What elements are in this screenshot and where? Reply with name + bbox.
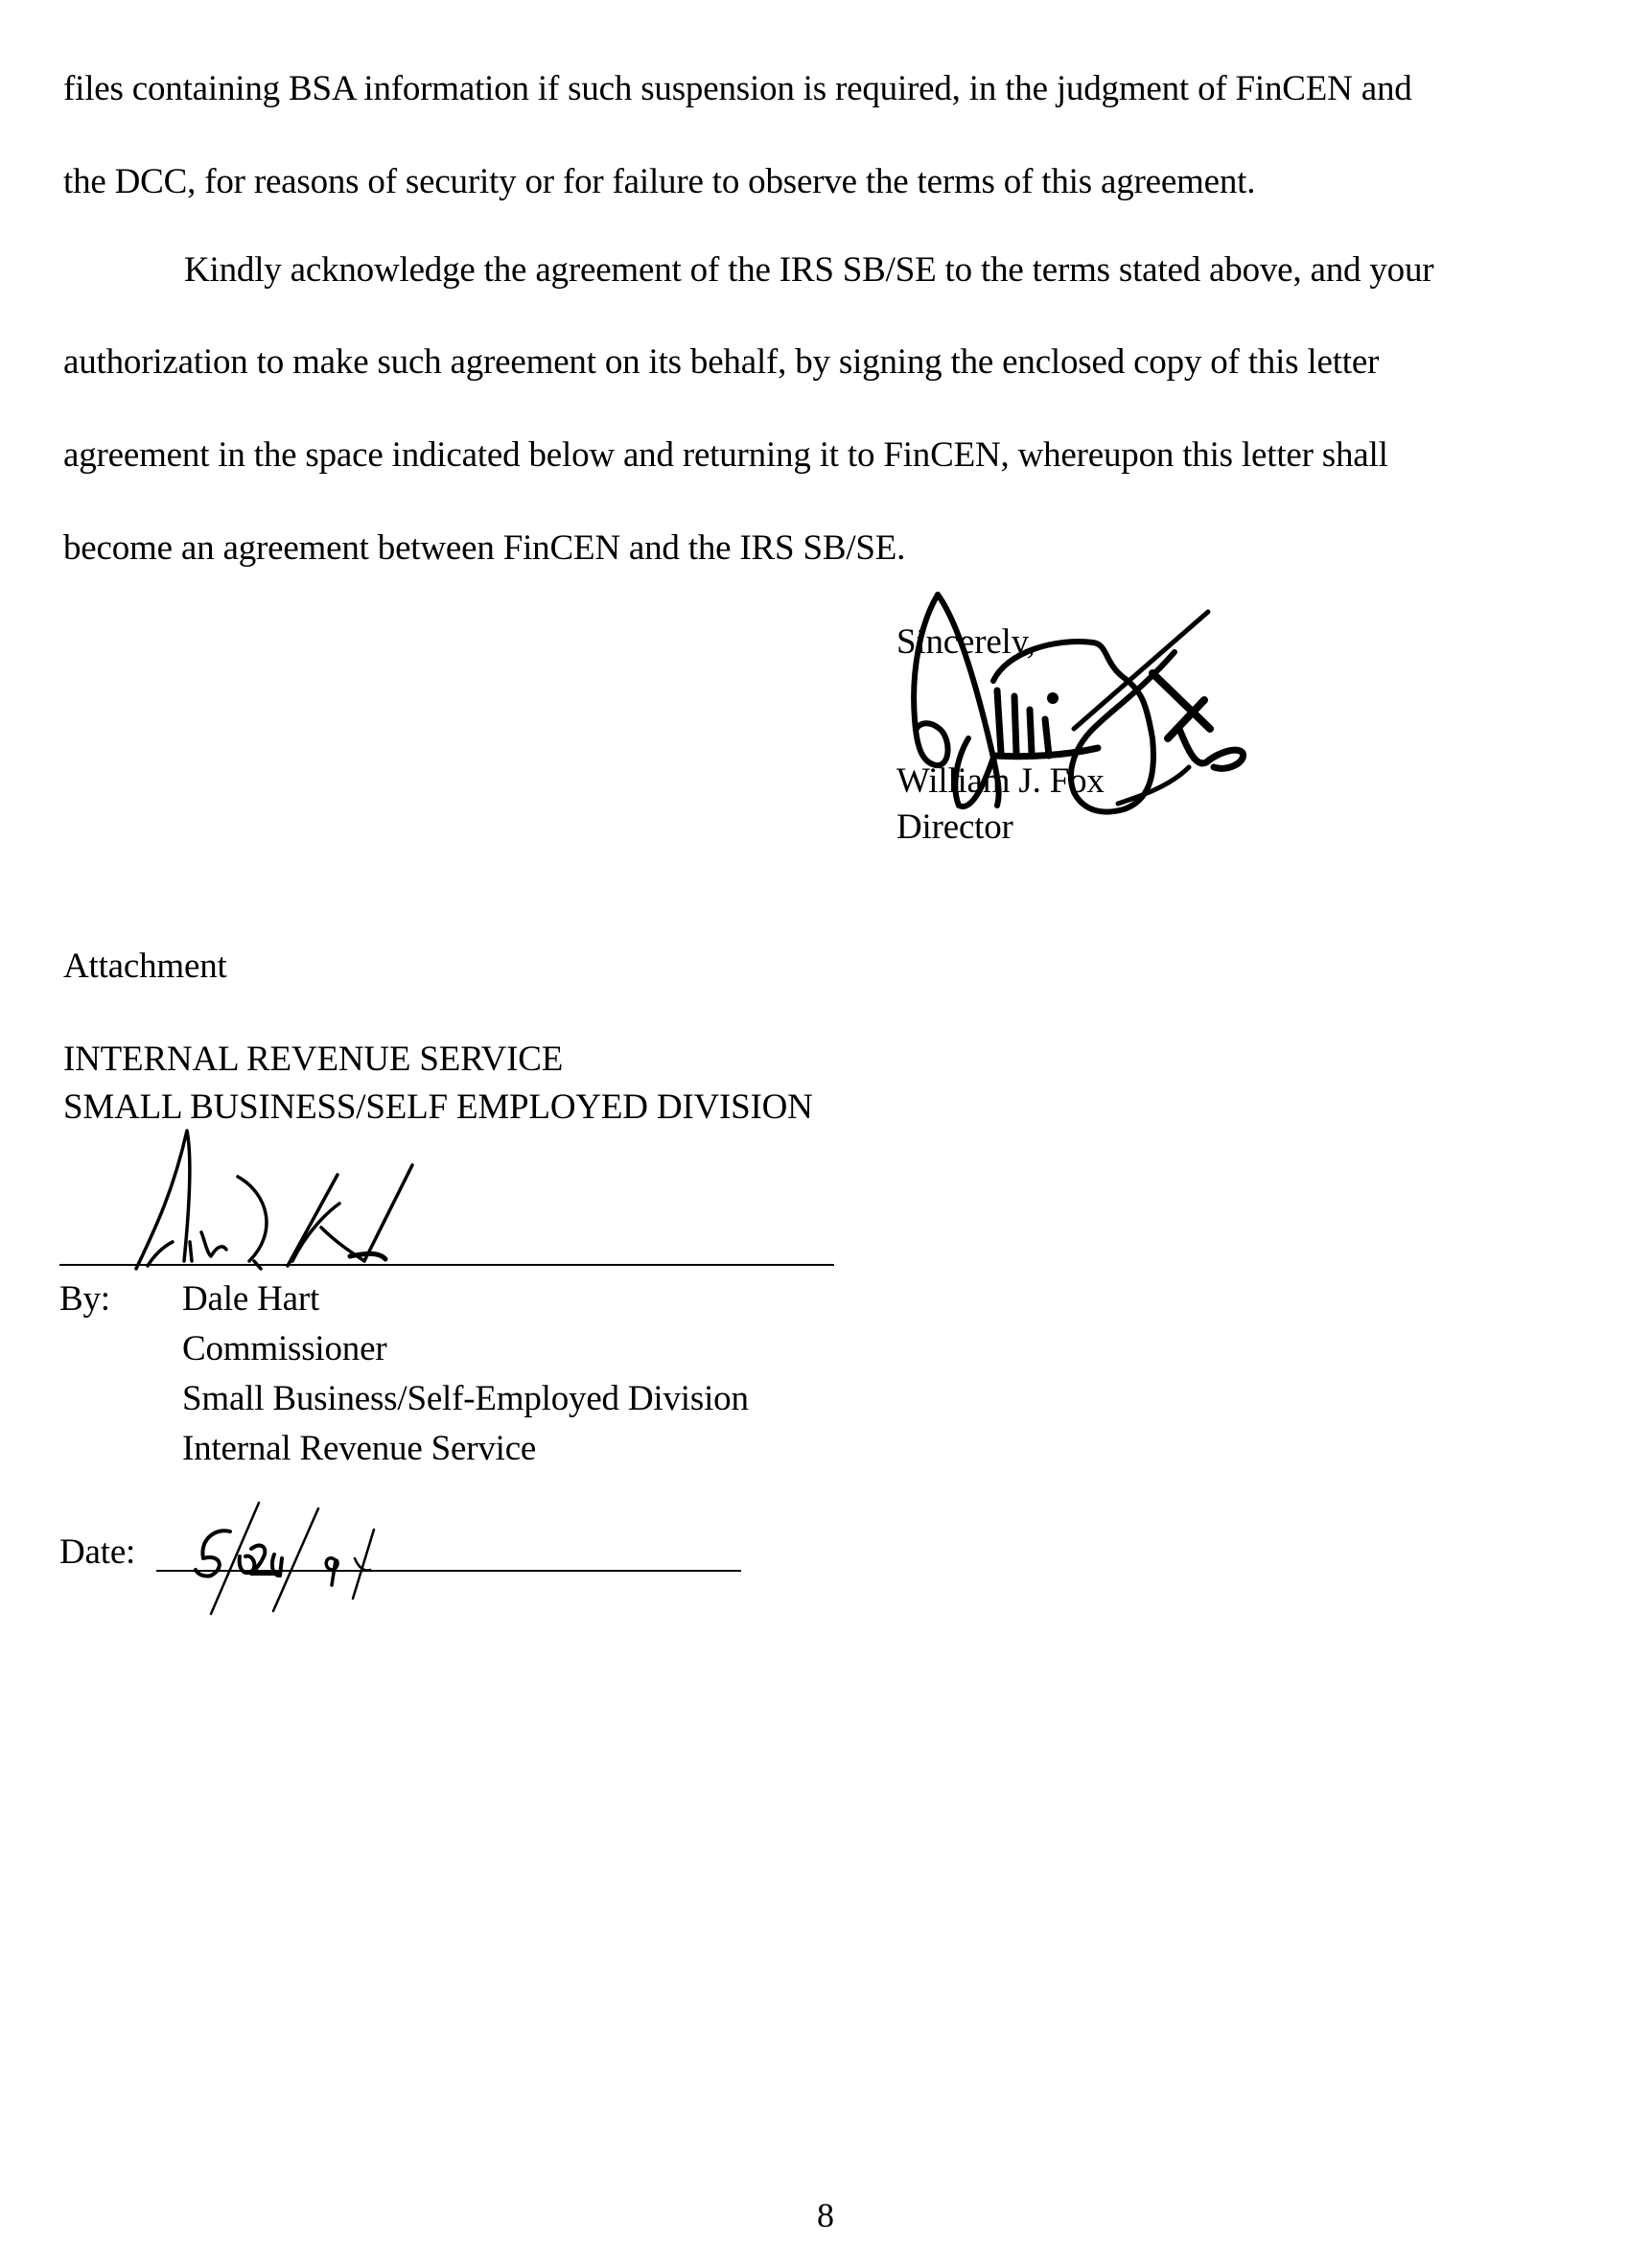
- counterparty-title-3: Internal Revenue Service: [182, 1431, 536, 1466]
- counterparty-name: Dale Hart: [182, 1281, 319, 1317]
- body-line-4: authorization to make such agreement on …: [63, 344, 1379, 380]
- handwritten-signature-hart-icon: [134, 1127, 460, 1271]
- by-label: By:: [59, 1281, 110, 1317]
- handwritten-date-icon: [182, 1501, 431, 1616]
- body-line-5: agreement in the space indicated below a…: [63, 437, 1388, 473]
- page-number: 8: [817, 2198, 834, 2232]
- body-line-6: become an agreement between FinCEN and t…: [63, 530, 905, 566]
- counterparty-title-2: Small Business/Self-Employed Division: [182, 1381, 749, 1416]
- counterparty-org-line-2: SMALL BUSINESS/SELF EMPLOYED DIVISION: [63, 1089, 813, 1125]
- handwritten-signature-fox-icon: [901, 585, 1246, 825]
- body-line-3: Kindly acknowledge the agreement of the …: [184, 252, 1433, 288]
- body-line-2: the DCC, for reasons of security or for …: [63, 164, 1255, 199]
- counterparty-org-line-1: INTERNAL REVENUE SERVICE: [63, 1041, 563, 1077]
- attachment-label: Attachment: [63, 948, 227, 984]
- counterparty-title-1: Commissioner: [182, 1331, 386, 1367]
- document-page: files containing BSA information if such…: [0, 0, 1652, 2267]
- signature-line: [59, 1264, 834, 1266]
- date-label: Date:: [59, 1534, 135, 1570]
- body-line-1: files containing BSA information if such…: [63, 71, 1412, 106]
